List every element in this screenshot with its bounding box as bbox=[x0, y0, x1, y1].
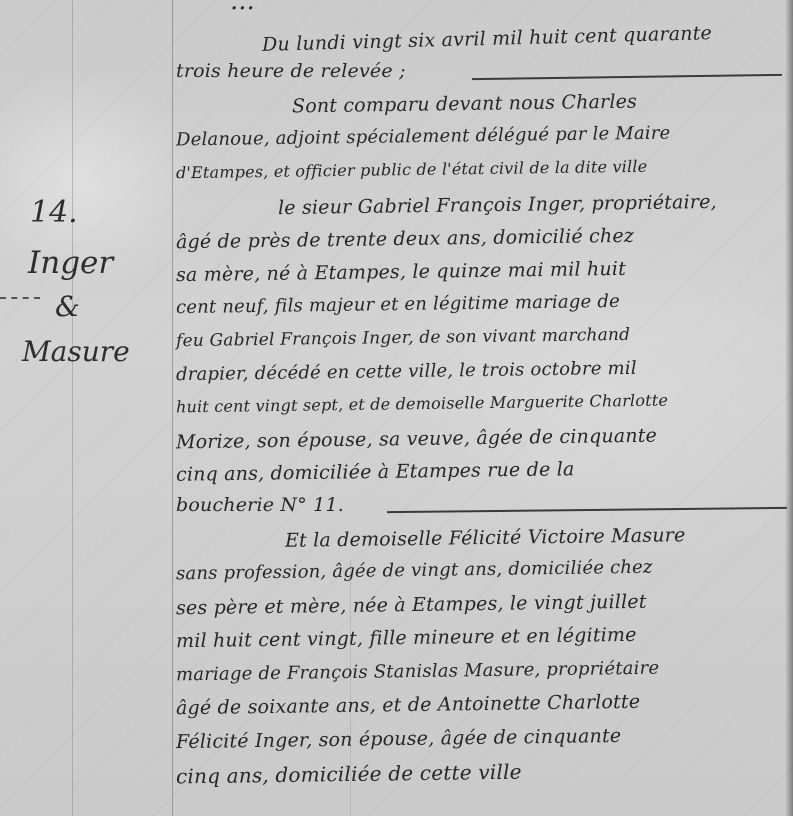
body-line: le sieur Gabriel François Inger, proprié… bbox=[278, 191, 717, 219]
entry-number: 14. bbox=[30, 195, 78, 230]
margin-bride-surname: Masure bbox=[22, 335, 130, 368]
body-line: Sont comparu devant nous Charles bbox=[292, 91, 637, 118]
body-line: Félicité Inger, son épouse, âgée de cinq… bbox=[176, 725, 622, 753]
body-line: cinq ans, domiciliée à Etampes rue de la bbox=[176, 458, 575, 486]
body-line: mariage de François Stanislas Masure, pr… bbox=[176, 658, 659, 686]
body-line: Du lundi vingt six avril mil huit cent q… bbox=[262, 22, 712, 56]
separator-line-date bbox=[472, 74, 782, 80]
body-line: Morize, son épouse, sa veuve, âgée de ci… bbox=[176, 425, 657, 454]
body-line: cinq ans, domiciliée de cette ville bbox=[176, 760, 522, 789]
body-line: sans profession, âgée de vingt ans, domi… bbox=[176, 557, 653, 585]
page-edge-shadow bbox=[785, 0, 793, 816]
body-line: ses père et mère, née à Etampes, le ving… bbox=[176, 591, 647, 620]
body-line: d'Etampes, et officier public de l'état … bbox=[176, 157, 648, 183]
separator-line-groom-section bbox=[387, 507, 787, 513]
top-flourish-fragment: ... bbox=[230, 0, 255, 16]
body-line: cent neuf, fils majeur et en légitime ma… bbox=[176, 291, 620, 318]
body-line: huit cent vingt sept, et de demoiselle M… bbox=[176, 391, 668, 417]
body-line: Et la demoiselle Félicité Victoire Masur… bbox=[285, 524, 686, 552]
margin-dash-line bbox=[0, 297, 40, 299]
body-line: feu Gabriel François Inger, de son vivan… bbox=[176, 325, 630, 351]
body-line: mil huit cent vingt, fille mineure et en… bbox=[176, 624, 637, 652]
body-line: âgé de soixante ans, et de Antoinette Ch… bbox=[176, 691, 640, 719]
body-line: Delanoue, adjoint spécialement délégué p… bbox=[176, 123, 671, 151]
body-line: boucherie N° 11. bbox=[176, 494, 344, 516]
body-line: drapier, décédé en cette ville, le trois… bbox=[176, 358, 637, 385]
body-line: sa mère, né à Etampes, le quinze mai mil… bbox=[176, 258, 626, 286]
margin-groom-surname: Inger bbox=[28, 245, 113, 281]
register-page: ... 14. Inger & Masure Du lundi vingt si… bbox=[0, 0, 793, 816]
margin-ampersand: & bbox=[55, 290, 80, 323]
margin-rule-left bbox=[72, 0, 73, 816]
body-line: âgé de près de trente deux ans, domicili… bbox=[176, 225, 634, 253]
margin-rule-main bbox=[172, 0, 173, 816]
body-line: trois heure de relevée ; bbox=[176, 60, 406, 82]
